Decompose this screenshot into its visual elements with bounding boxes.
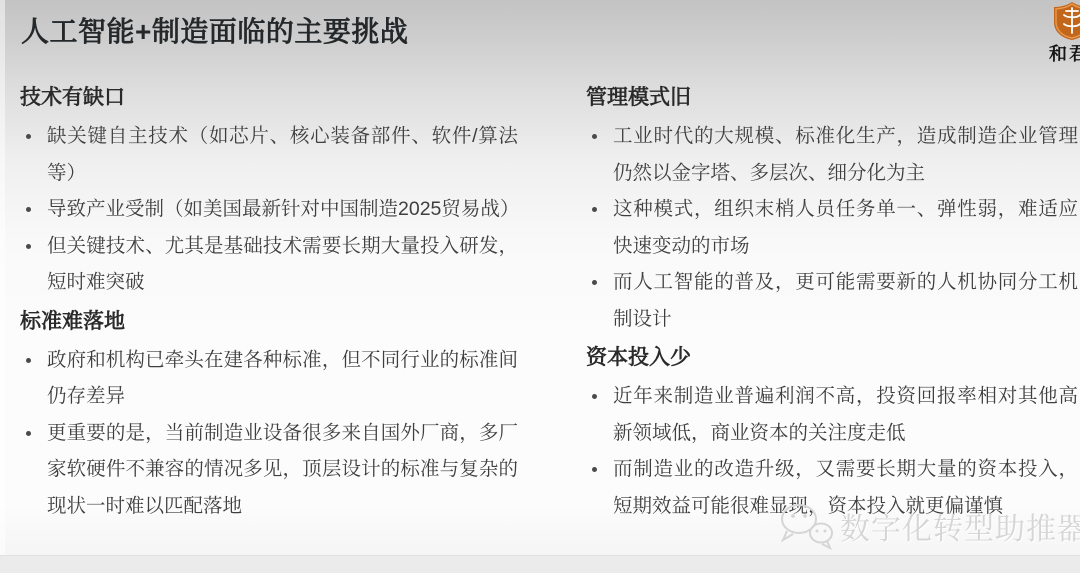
bullet-item: 缺关键自主技术（如芯片、核心装备部件、软件/算法等） bbox=[18, 118, 518, 191]
watermark-text: 数字化转型助推器 bbox=[840, 504, 1080, 548]
bullet-item: 但关键技术、尤其是基础技术需要长期大量投入研发，短时难突破 bbox=[18, 228, 518, 301]
section-standards: 标准难落地 政府和机构已牵头在建各种标准，但不同行业的标准间仍存差异 更重要的是… bbox=[18, 307, 518, 525]
bullet-list: 政府和机构已牵头在建各种标准，但不同行业的标准间仍存差异 更重要的是，当前制造业… bbox=[18, 342, 518, 525]
section-heading: 资本投入少 bbox=[586, 343, 1078, 373]
bottom-band bbox=[0, 555, 1080, 573]
bullet-item: 政府和机构已牵头在建各种标准，但不同行业的标准间仍存差异 bbox=[18, 342, 518, 415]
slide-title: 人工智能+制造面临的主要挑战 bbox=[21, 10, 408, 50]
bullet-list: 缺关键自主技术（如芯片、核心装备部件、软件/算法等） 导致产业受制（如美国最新针… bbox=[18, 118, 518, 301]
section-management: 管理模式旧 工业时代的大规模、标准化生产，造成制造企业管理仍然以金字塔、多层次、… bbox=[584, 83, 1078, 337]
bullet-item: 这种模式，组织末梢人员任务单一、弹性弱，难适应快速变动的市场 bbox=[584, 191, 1078, 264]
column-right: 管理模式旧 工业时代的大规模、标准化生产，造成制造企业管理仍然以金字塔、多层次、… bbox=[584, 81, 1078, 524]
watermark: 数字化转型助推器 bbox=[776, 500, 1080, 552]
wechat-icon bbox=[776, 500, 836, 552]
section-heading: 技术有缺口 bbox=[20, 83, 518, 113]
left-edge-highlight bbox=[0, 0, 5, 573]
column-left: 技术有缺口 缺关键自主技术（如芯片、核心装备部件、软件/算法等） 导致产业受制（… bbox=[18, 81, 518, 524]
bullet-item: 工业时代的大规模、标准化生产，造成制造企业管理仍然以金字塔、多层次、细分化为主 bbox=[584, 118, 1078, 191]
section-heading: 管理模式旧 bbox=[586, 83, 1078, 113]
seal-icon bbox=[1052, 2, 1080, 40]
slide: 人工智能+制造面临的主要挑战 和君 技术有缺口 缺关键自主技术（如芯片、核心装备… bbox=[0, 0, 1080, 573]
bullet-item: 而人工智能的普及，更可能需要新的人机协同分工机制设计 bbox=[584, 264, 1078, 337]
bullet-item: 更重要的是，当前制造业设备很多来自国外厂商，多厂家软硬件不兼容的情况多见，顶层设… bbox=[18, 415, 518, 525]
bullet-item: 导致产业受制（如美国最新针对中国制造2025贸易战） bbox=[18, 191, 518, 228]
bullet-item: 近年来制造业普遍利润不高，投资回报率相对其他高新领域低，商业资本的关注度走低 bbox=[584, 378, 1078, 451]
bullet-list: 工业时代的大规模、标准化生产，造成制造企业管理仍然以金字塔、多层次、细分化为主 … bbox=[584, 118, 1078, 337]
section-heading: 标准难落地 bbox=[20, 307, 518, 337]
section-tech-gap: 技术有缺口 缺关键自主技术（如芯片、核心装备部件、软件/算法等） 导致产业受制（… bbox=[18, 83, 518, 301]
section-capital: 资本投入少 近年来制造业普遍利润不高，投资回报率相对其他高新领域低，商业资本的关… bbox=[584, 343, 1078, 524]
corner-logo: 和君 bbox=[1052, 2, 1080, 45]
logo-text: 和君 bbox=[1049, 40, 1080, 66]
